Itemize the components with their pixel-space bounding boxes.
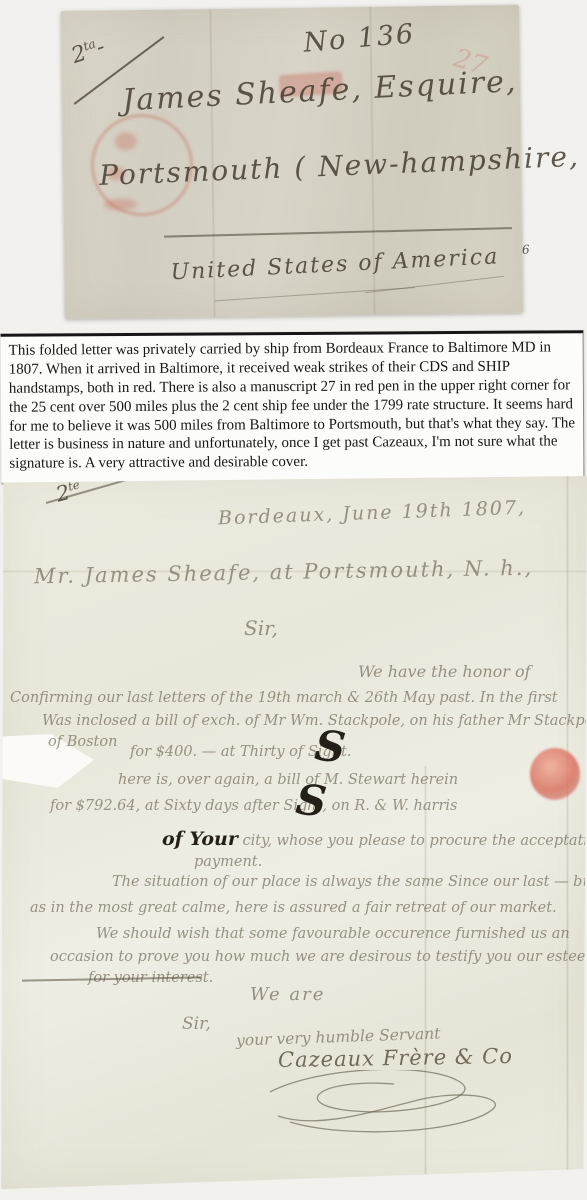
body-line: payment. (194, 854, 262, 870)
body-line: The situation of our place is always the… (112, 874, 587, 890)
body-line: as in the most great calme, here is assu… (30, 900, 557, 916)
body-line: of Boston (48, 734, 117, 750)
letter-dateline: Bordeaux, June 19th 1807, (218, 497, 527, 530)
body-line: for $792.64, at Sixty days after Sight, … (50, 798, 457, 814)
body-line: of Your city, whose you please to procur… (162, 828, 587, 850)
closing-sir: Sir, (182, 1014, 211, 1034)
address-divider-rule (164, 227, 512, 238)
wax-seal (530, 748, 580, 800)
address-line-3-text: United States of America (170, 244, 500, 285)
manuscript-rate-mark: 2ta- (68, 34, 108, 69)
body-opening: We have the honor of (358, 662, 531, 681)
letter-salutation: Sir, (244, 616, 278, 640)
description-card: This folded letter was privately carried… (1, 330, 585, 484)
description-text: This folded letter was privately carried… (9, 338, 576, 474)
address-underline-flourish (365, 276, 504, 294)
body-line: We should wish that some favourable occu… (96, 926, 570, 942)
letter-sheet: 2te Bordeaux, June 19th 1807, Mr. James … (0, 476, 587, 1192)
bold-ink-s: S (294, 775, 329, 827)
body-line: here is, over again, a bill of M. Stewar… (118, 772, 458, 788)
bold-ink-s: S (313, 721, 348, 773)
body-line: Was inclosed a bill of exch. of Mr Wm. S… (42, 713, 587, 729)
signature-flourish (258, 1070, 510, 1142)
docket-number: No 136 (302, 18, 416, 58)
body-line: occasion to prove you how much we are de… (50, 949, 587, 965)
address-superscript: 6 (522, 242, 532, 256)
bold-ink-of-your: of Your (162, 828, 238, 850)
scanned-cover-page: 2ta- No 136 27 James Sheafe, Esquire, Po… (0, 0, 587, 1200)
letter-recipient: Mr. James Sheafe, at Portsmouth, N. h., (34, 556, 534, 589)
body-line: Confirming our last letters of the 19th … (10, 690, 558, 706)
signature: Cazeaux Frère & Co (278, 1044, 513, 1072)
envelope-front: 2ta- No 136 27 James Sheafe, Esquire, Po… (61, 5, 523, 319)
closing-we-are: We are (250, 984, 325, 1005)
body-line-rest: city, whose you please to procure the ac… (238, 833, 587, 849)
